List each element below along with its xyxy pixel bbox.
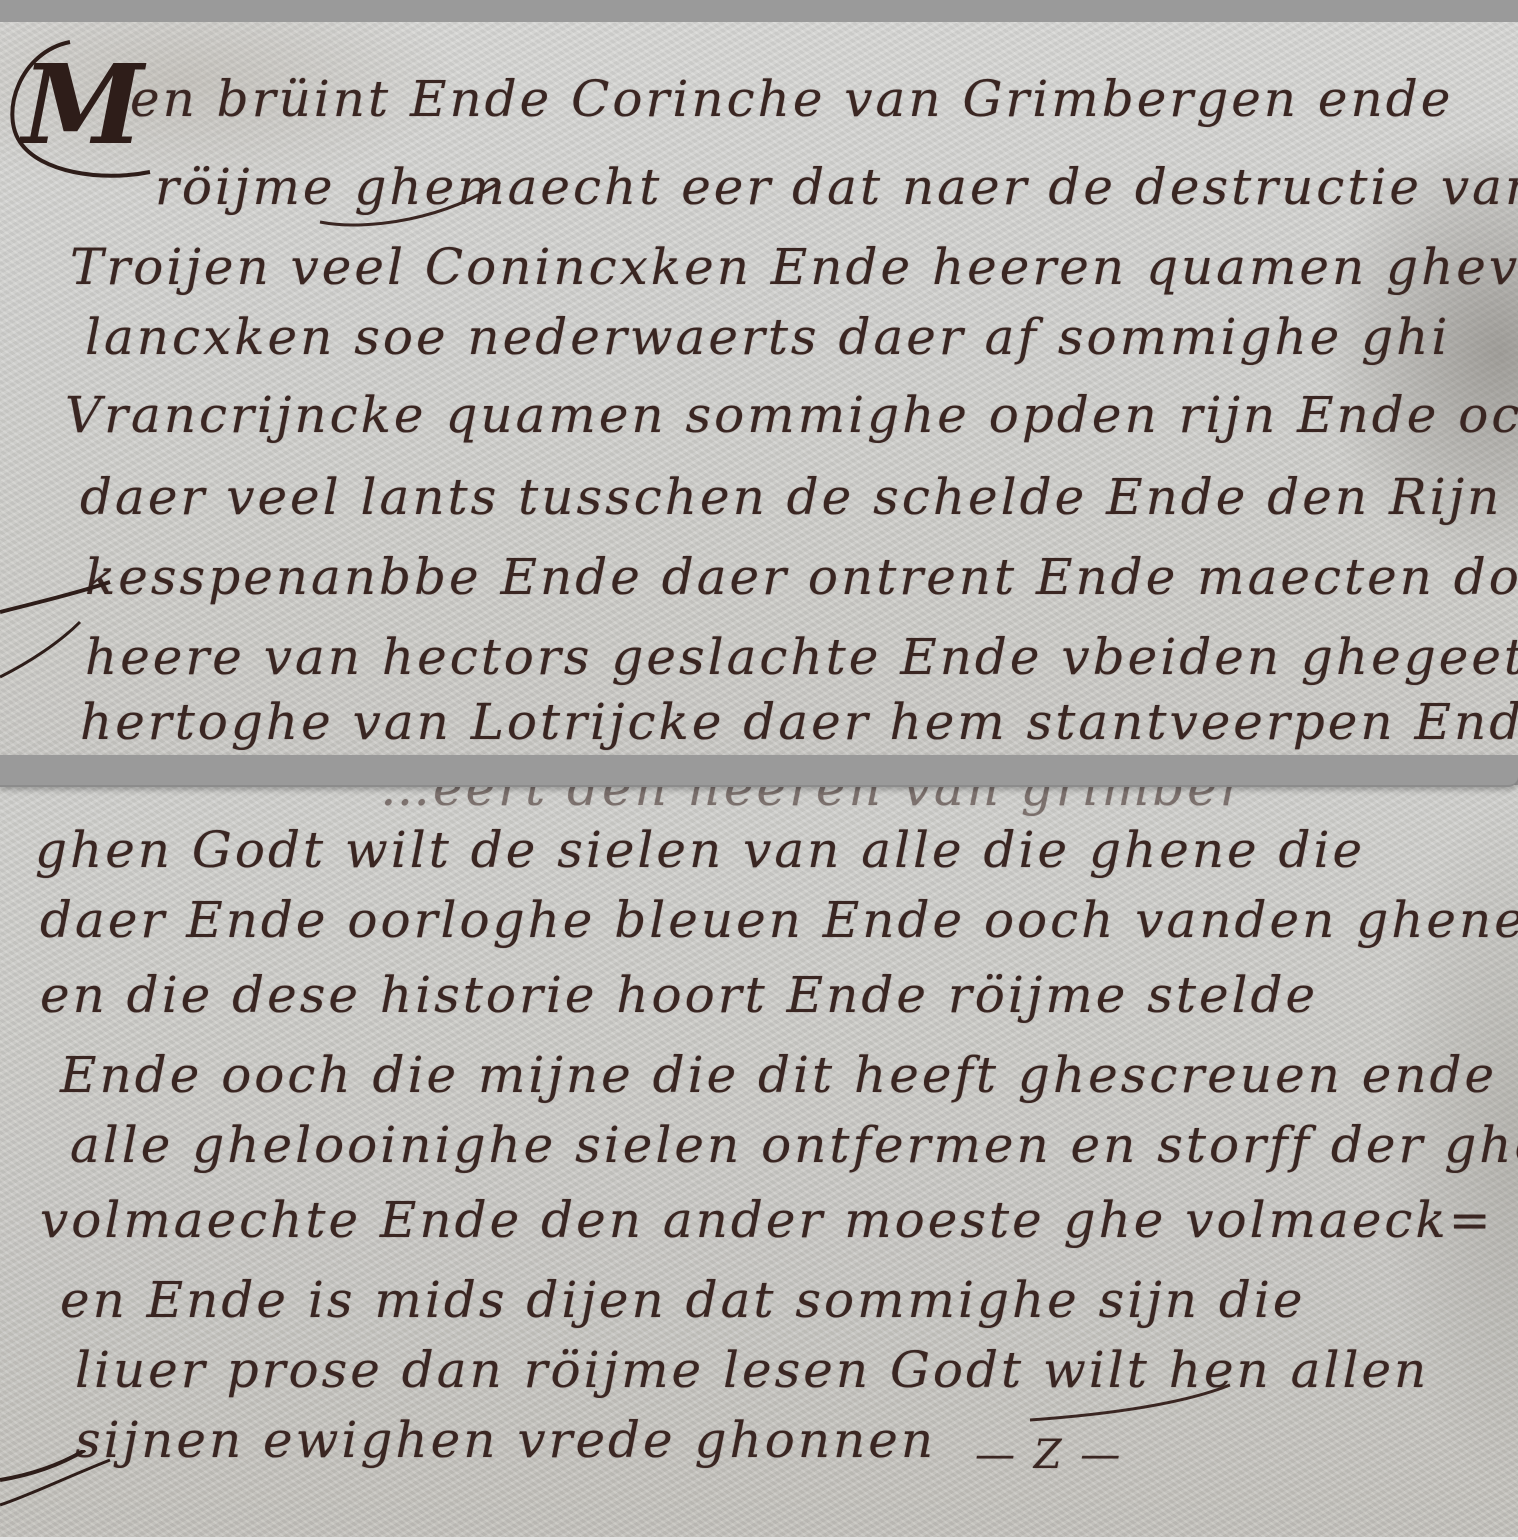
manuscript-line: daer Ende oorloghe bleuen Ende ooch vand… bbox=[40, 895, 1518, 945]
closing-mark: — Z — bbox=[975, 1435, 1123, 1475]
manuscript-photo-top: M en brüint Ende Corinche van Grimbergen… bbox=[0, 22, 1518, 755]
manuscript-line: alle ghelooinighe sielen ontfermen en st… bbox=[70, 1120, 1518, 1170]
manuscript-line: ghen Godt wilt de sielen van alle die gh… bbox=[35, 825, 1365, 875]
manuscript-line: Ende ooch die mijne die dit heeft ghescr… bbox=[60, 1050, 1497, 1100]
manuscript-line-partial: …eert den heeren van grimber bbox=[380, 785, 1247, 813]
manuscript-line: en brüint Ende Corinche van Grimbergen e… bbox=[130, 74, 1453, 124]
top-bar bbox=[0, 0, 1518, 22]
manuscript-line: kesspenanbbe Ende daer ontrent Ende maec… bbox=[85, 552, 1518, 602]
decorated-initial: M bbox=[22, 40, 144, 169]
manuscript-photo-bottom: …eert den heeren van grimber ghen Godt w… bbox=[0, 785, 1518, 1537]
manuscript-line: en Ende is mids dijen dat sommighe sijn … bbox=[60, 1275, 1305, 1325]
screenshot-frame: M en brüint Ende Corinche van Grimbergen… bbox=[0, 0, 1518, 1540]
manuscript-line: lancxken soe nederwaerts daer af sommigh… bbox=[85, 312, 1450, 362]
manuscript-line: röijme ghemaecht eer dat naer de destruc… bbox=[155, 162, 1518, 212]
manuscript-line: liuer prose dan röijme lesen Godt wilt h… bbox=[75, 1345, 1429, 1395]
manuscript-line: Vrancrijncke quamen sommighe opden rijn … bbox=[65, 390, 1518, 440]
panel-separator bbox=[0, 755, 1518, 787]
manuscript-line: Troijen veel Conincxken Ende heeren quam… bbox=[70, 242, 1518, 292]
manuscript-line: heere van hectors geslachte Ende vbeiden… bbox=[85, 632, 1518, 682]
manuscript-line: en die dese historie hoort Ende röijme s… bbox=[40, 970, 1318, 1020]
manuscript-line: hertoghe van Lotrijcke daer hem stantvee… bbox=[80, 697, 1518, 747]
manuscript-line: daer veel lants tusschen de schelde Ende… bbox=[80, 472, 1518, 522]
manuscript-line: sijnen ewighen vrede ghonnen bbox=[75, 1415, 936, 1465]
manuscript-line: volmaechte Ende den ander moeste ghe vol… bbox=[40, 1195, 1494, 1245]
